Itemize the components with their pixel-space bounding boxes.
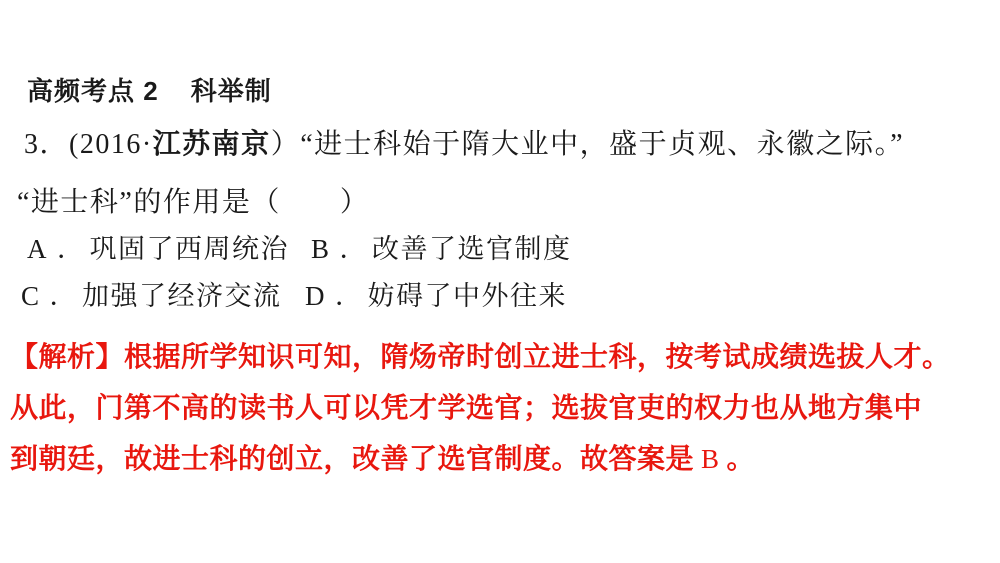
option-b-text: 改善了选官制度 — [372, 234, 572, 264]
option-d-separator: ． — [335, 281, 364, 311]
option-b: B．改善了选官制度 — [311, 227, 595, 266]
question-source: 江苏南京 — [153, 128, 271, 159]
option-c-label: C — [21, 281, 41, 311]
analysis-line-3-text: 到朝廷，故进士科的创立，改善了选官制度。故答案是 — [10, 443, 694, 474]
analysis-line-3: 到朝廷，故进士科的创立，改善了选官制度。故答案是B。 — [10, 433, 970, 485]
question-source-close: ） — [271, 129, 301, 160]
option-c-text: 加强了经济交流 — [82, 281, 282, 311]
answer-period: 。 — [727, 443, 756, 474]
option-d: D．妨碍了中外往来 — [305, 274, 589, 313]
option-c: C．加强了经济交流 — [21, 274, 305, 313]
heading: 高频考点 2科举制 — [27, 71, 272, 108]
slide: 高频考点 2科举制 3．(2016·江苏南京）“进士科始于隋大业中，盛于贞观、永… — [0, 0, 1000, 563]
option-a-text: 巩固了西周统治 — [90, 234, 290, 264]
option-a-separator: ． — [57, 234, 86, 264]
option-a: A．巩固了西周统治 — [27, 227, 311, 266]
question-stem: “进士科”的作用是（ ） — [17, 180, 369, 220]
option-d-label: D — [305, 281, 326, 311]
option-b-separator: ． — [340, 234, 369, 264]
question-quote: “进士科始于隋大业中，盛于贞观、永徽之际。” — [300, 129, 904, 160]
question-source-open: (2016· — [69, 129, 153, 160]
analysis-line-1: 【解析】根据所学知识可知，隋炀帝时创立进士科，按考试成绩选拔人才。 — [10, 331, 970, 382]
options-row-ab: A．巩固了西周统治 B．改善了选官制度 — [27, 227, 595, 266]
option-c-separator: ． — [50, 281, 79, 311]
option-a-label: A — [27, 234, 48, 264]
question-number: 3． — [24, 129, 69, 160]
options-row-cd: C．加强了经济交流 D．妨碍了中外往来 — [21, 274, 589, 313]
question-line-1: 3．(2016·江苏南京）“进士科始于隋大业中，盛于贞观、永徽之际。” — [24, 122, 904, 162]
answer-letter: B — [701, 444, 720, 474]
heading-label: 高频考点 2 — [27, 76, 159, 106]
heading-topic: 科举制 — [191, 76, 272, 106]
analysis-line-2: 从此，门第不高的读书人可以凭才学选官；选拔官吏的权力也从地方集中 — [10, 382, 970, 433]
option-d-text: 妨碍了中外往来 — [368, 281, 568, 311]
option-b-label: B — [311, 234, 331, 264]
analysis-block: 【解析】根据所学知识可知，隋炀帝时创立进士科，按考试成绩选拔人才。 从此，门第不… — [10, 331, 970, 485]
